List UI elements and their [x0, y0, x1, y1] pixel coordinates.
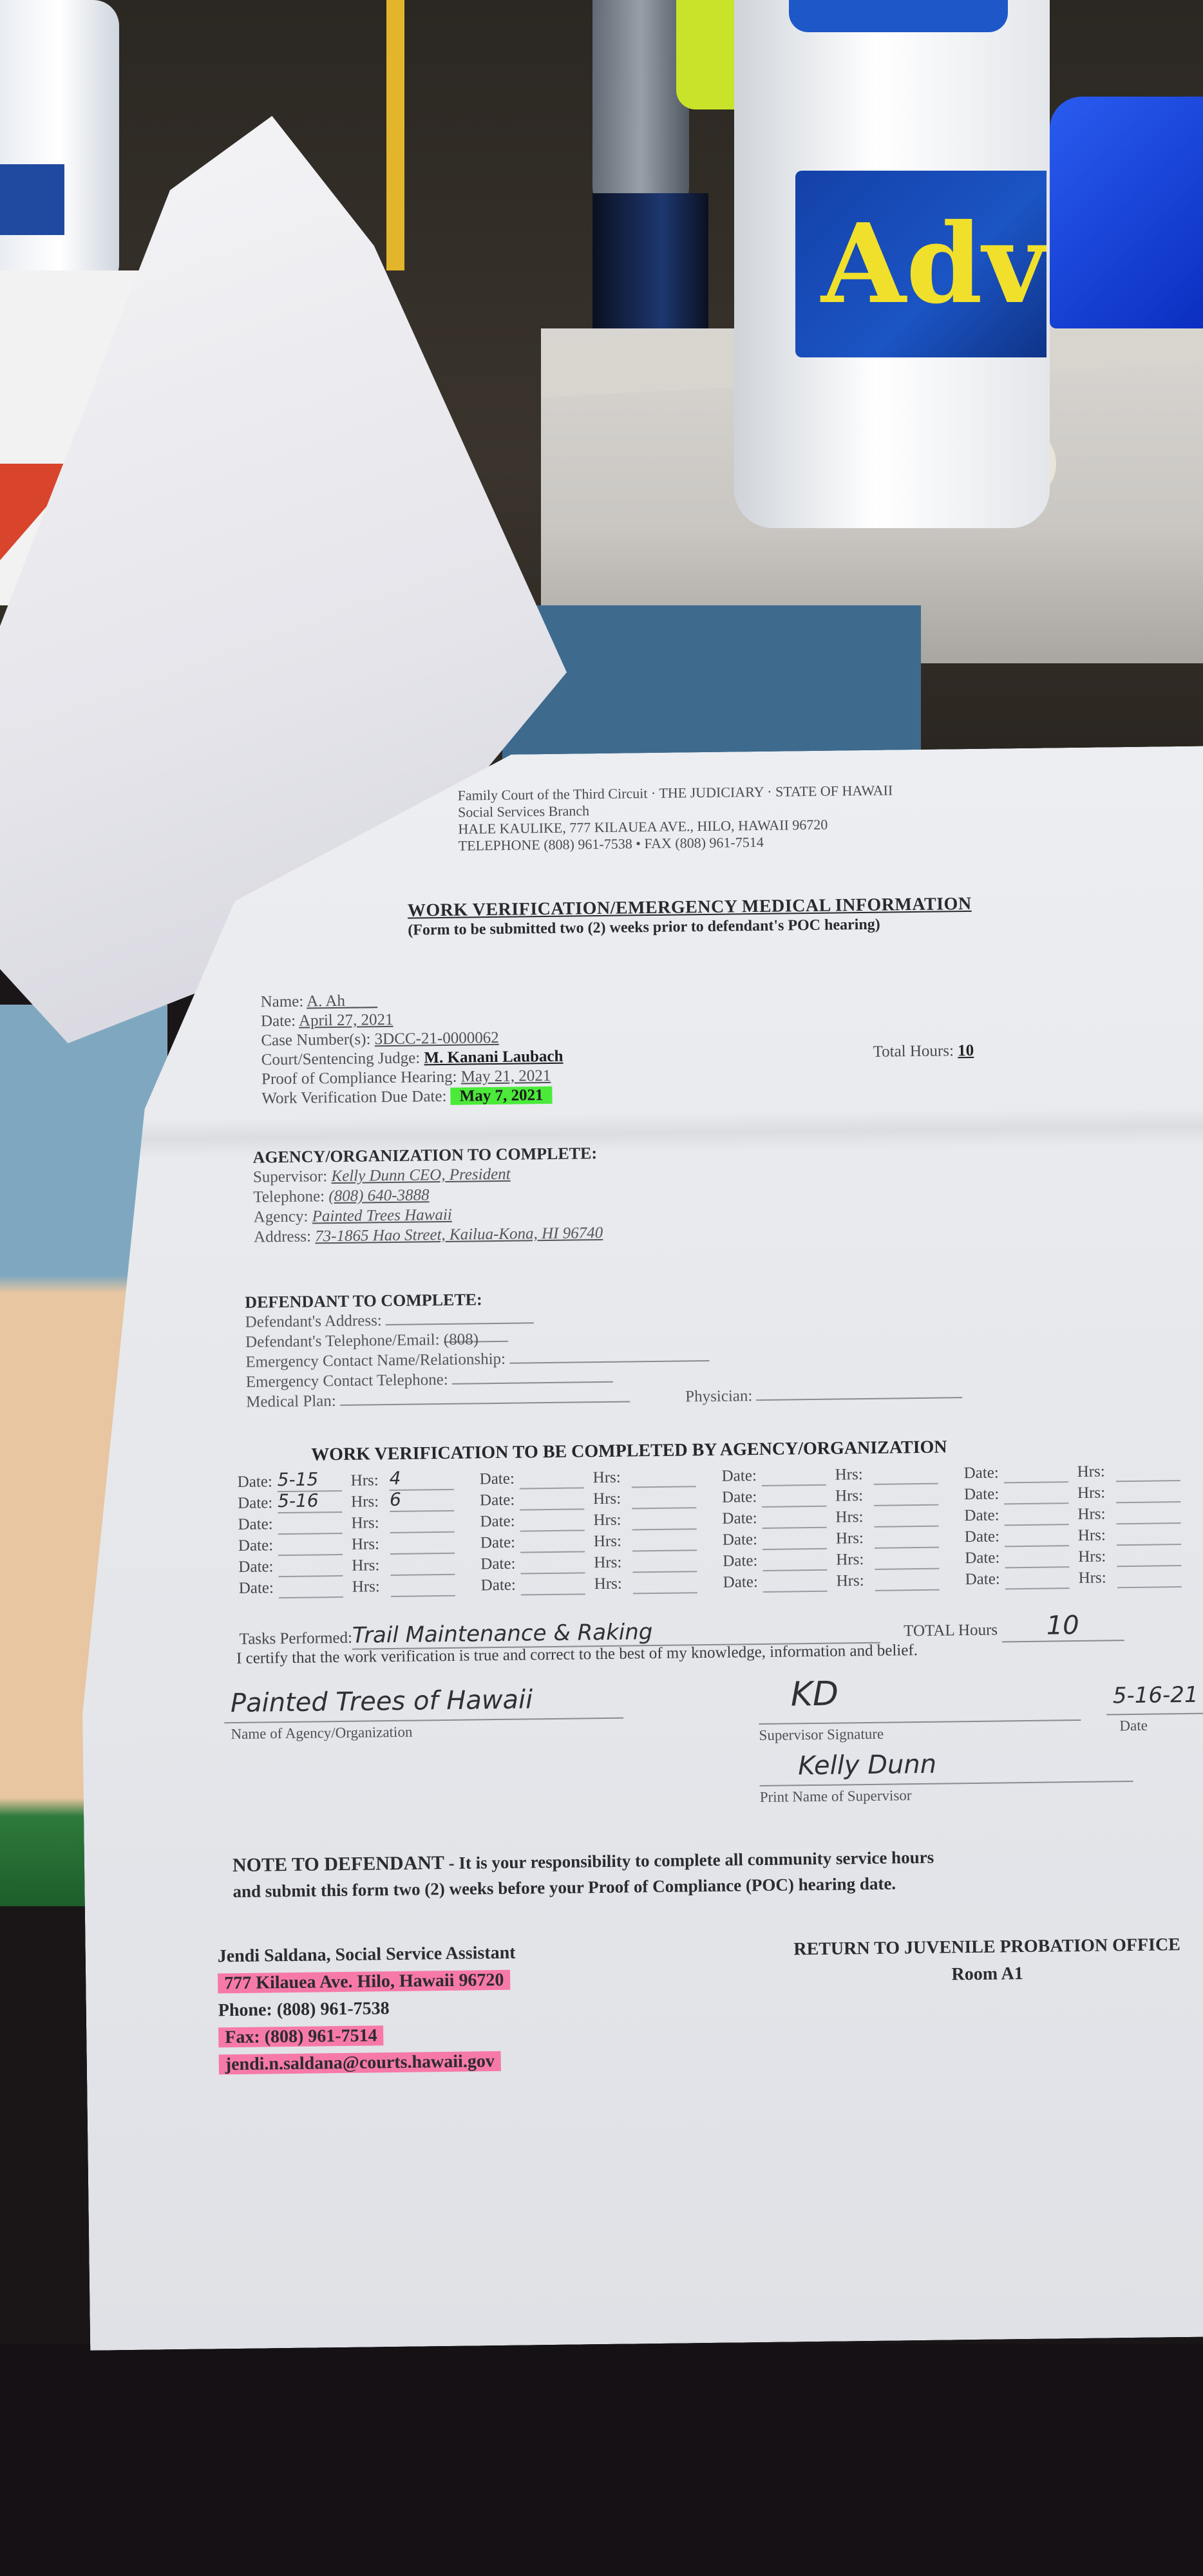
entry-date-field[interactable]: [520, 1552, 585, 1574]
agency-telephone-label: Telephone:: [253, 1188, 325, 1206]
entry-hrs-field[interactable]: [632, 1508, 696, 1530]
defendant-section: DEFENDANT TO COMPLETE: Defendant's Addre…: [245, 1283, 963, 1412]
entry-hrs-label: Hrs:: [352, 1533, 390, 1555]
name-value: A. Ah____: [307, 992, 377, 1010]
entry-date-field[interactable]: [279, 1577, 343, 1598]
entry-hrs-field[interactable]: [632, 1572, 697, 1594]
supervisor-value: Kelly Dunn CEO, President: [331, 1166, 511, 1185]
entry-hrs-field[interactable]: [873, 1463, 938, 1485]
date-label: Date:: [261, 1012, 296, 1030]
entry-hrs-label: Hrs:: [835, 1485, 874, 1507]
agency-value: Painted Trees Hawaii: [312, 1206, 451, 1226]
blue-container: [1050, 97, 1203, 328]
entry-hrs-label: Hrs:: [593, 1509, 632, 1531]
entry-date-field[interactable]: [763, 1571, 827, 1593]
agency-section: AGENCY/ORGANIZATION TO COMPLETE: Supervi…: [252, 1143, 603, 1247]
supervisor-label: Supervisor:: [253, 1168, 328, 1186]
entry-hrs-field[interactable]: [391, 1575, 455, 1597]
entry-hrs-label: Hrs:: [835, 1464, 873, 1486]
note-lead: NOTE TO DEFENDANT: [232, 1852, 444, 1876]
work-verification-entry: Date:Hrs:: [963, 1460, 1203, 1484]
entry-hrs-label: Hrs:: [1078, 1567, 1117, 1589]
work-verification-entry: Date:Hrs:: [480, 1551, 723, 1575]
entry-date-label: Date:: [238, 1556, 278, 1578]
entry-date-field[interactable]: [1005, 1546, 1069, 1568]
entry-hrs-label: Hrs:: [593, 1488, 632, 1510]
tasks-label: Tasks Performed:: [240, 1629, 353, 1648]
name-label: Name:: [260, 993, 303, 1011]
agency-telephone-value: (808) 640-3888: [328, 1186, 430, 1205]
entry-date-label: Date:: [721, 1465, 761, 1487]
entry-hrs-label: Hrs:: [352, 1576, 391, 1598]
entry-hrs-label: Hrs:: [836, 1570, 875, 1592]
entry-date-field[interactable]: [1003, 1461, 1068, 1483]
work-verification-entry: Date:5-16Hrs:6: [238, 1490, 480, 1514]
contact-block: Jendi Saldana, Social Service Assistant …: [217, 1940, 516, 2079]
entry-hrs-label: Hrs:: [592, 1466, 631, 1488]
note-line1: - It is your responsibility to complete …: [444, 1848, 934, 1873]
advil-cap: [789, 0, 1008, 32]
return-line1: RETURN TO JUVENILE PROBATION OFFICE: [742, 1931, 1203, 1964]
medical-plan-label: Medical Plan:: [246, 1392, 336, 1411]
entry-date-label: Date:: [723, 1571, 763, 1593]
agency-label: Agency:: [254, 1208, 308, 1226]
note-to-defendant: NOTE TO DEFENDANT - It is your responsib…: [232, 1844, 934, 1904]
advil-label: Adv: [795, 171, 1047, 357]
emergency-phone-field[interactable]: [452, 1370, 613, 1385]
contact-address-highlighted: 777 Kilauea Ave. Hilo, Hawaii 96720: [218, 1970, 511, 1994]
total-hours-value: 10: [958, 1042, 974, 1059]
entry-date-label: Date:: [723, 1529, 763, 1551]
due-date-value-highlighted: May 7, 2021: [451, 1086, 553, 1105]
paper-fold: [75, 1106, 1203, 1159]
case-number-label: Case Number(s):: [261, 1030, 370, 1049]
entry-hrs-label: Hrs:: [594, 1573, 632, 1595]
entry-hrs-label: Hrs:: [352, 1555, 390, 1577]
work-verification-entry: Date:Hrs:: [481, 1572, 723, 1596]
entry-date-label: Date:: [480, 1553, 520, 1575]
defendant-phone-field[interactable]: (808): [444, 1329, 508, 1343]
entry-date-field[interactable]: [762, 1507, 826, 1529]
entry-hrs-field[interactable]: [1117, 1566, 1181, 1588]
entry-date-field[interactable]: [1005, 1567, 1069, 1589]
entry-date-label: Date:: [238, 1535, 278, 1557]
entry-date-label: Date:: [480, 1532, 520, 1554]
entry-hrs-label: Hrs:: [594, 1551, 632, 1573]
small-pill-bottle: [0, 0, 119, 290]
entry-hrs-label: Hrs:: [1078, 1546, 1117, 1567]
poc-hearing-value: May 21, 2021: [461, 1067, 551, 1086]
org-name-handwritten[interactable]: Painted Trees of Hawaii: [231, 1685, 533, 1718]
dark-floor: [0, 2344, 1203, 2576]
entry-date-label: Date:: [480, 1490, 520, 1511]
entry-date-field[interactable]: [1005, 1525, 1069, 1547]
entry-date-label: Date:: [964, 1483, 1004, 1505]
entry-date-label: Date:: [722, 1486, 762, 1508]
work-verification-entry: Date:Hrs:: [964, 1481, 1203, 1506]
clear-bottle: [592, 0, 689, 219]
emergency-name-field[interactable]: [509, 1349, 709, 1364]
entry-hrs-field[interactable]: [632, 1551, 697, 1573]
work-verification-entry: Date:Hrs:: [238, 1511, 480, 1535]
agency-heading: AGENCY/ORGANIZATION TO COMPLETE:: [252, 1143, 601, 1168]
total-hours-summary: Total Hours: 10: [873, 1042, 974, 1061]
entry-hrs-label: Hrs:: [1077, 1482, 1116, 1504]
judge-label: Court/Sentencing Judge:: [261, 1049, 421, 1068]
defendant-phone-label: Defendant's Telephone/Email:: [245, 1331, 440, 1351]
entry-hrs-field[interactable]: [1116, 1481, 1180, 1503]
entry-date-label: Date:: [480, 1511, 520, 1533]
entry-hrs-label: Hrs:: [835, 1506, 874, 1528]
entry-hrs-label: Hrs:: [1077, 1461, 1115, 1482]
medical-plan-field[interactable]: [340, 1389, 630, 1405]
entry-hrs-label: Hrs:: [351, 1470, 390, 1492]
work-verification-grid: Date:5-15Hrs:4Date:Hrs:Date:Hrs:Date:Hrs…: [238, 1460, 1203, 1599]
work-verification-entry: Date:Hrs:: [723, 1569, 965, 1593]
entry-date-label: Date:: [238, 1471, 278, 1493]
emergency-name-label: Emergency Contact Name/Relationship:: [245, 1350, 506, 1371]
entry-hrs-field[interactable]: [632, 1487, 696, 1509]
yellow-pencil: [386, 0, 404, 270]
print-name-caption: Print Name of Supervisor: [760, 1787, 912, 1806]
judge-value: M. Kanani Laubach: [424, 1048, 563, 1067]
entry-hrs-field[interactable]: [390, 1533, 455, 1555]
signature-date-line: [1106, 1713, 1203, 1716]
entry-date-field[interactable]: [278, 1555, 343, 1577]
entry-date-label: Date:: [239, 1577, 279, 1599]
supervisor-signature[interactable]: KD: [790, 1675, 838, 1714]
entry-hrs-label: Hrs:: [836, 1528, 875, 1549]
entry-hrs-label: Hrs:: [594, 1530, 632, 1552]
supervisor-signature-line: [759, 1719, 1081, 1725]
entry-date-field[interactable]: [762, 1486, 826, 1508]
signature-date-handwritten[interactable]: 5-16-21: [1113, 1682, 1198, 1709]
entry-hrs-field[interactable]: [1115, 1460, 1180, 1482]
entry-date-field[interactable]: [520, 1510, 584, 1531]
total-hours-label: Total Hours:: [873, 1042, 954, 1061]
entry-date-field[interactable]: [520, 1488, 584, 1510]
entry-hrs-label: Hrs:: [351, 1512, 390, 1534]
total-hours-footer-value[interactable]: 10: [1001, 1610, 1124, 1642]
due-date-label: Work Verification Due Date:: [261, 1088, 446, 1108]
entry-date-field[interactable]: 5-16: [278, 1492, 342, 1513]
physician-label: Physician:: [685, 1387, 752, 1405]
work-verification-entry: Date:Hrs:: [965, 1566, 1203, 1591]
work-verification-entry: Date:Hrs:: [480, 1487, 722, 1511]
total-hours-footer-label: TOTAL Hours: [904, 1622, 998, 1640]
contact-name: Jendi Saldana, Social Service Assistant: [217, 1940, 515, 1971]
entry-date-label: Date:: [479, 1468, 519, 1490]
case-info: Name: A. Ah____ Date: April 27, 2021 Cas…: [260, 989, 564, 1109]
entry-date-label: Date:: [238, 1492, 278, 1514]
form-letterhead: Family Court of the Third Circuit · THE …: [458, 782, 894, 854]
case-number-value: 3DCC-21-0000062: [375, 1029, 499, 1048]
date-value: April 27, 2021: [299, 1011, 393, 1030]
entry-date-label: Date:: [965, 1568, 1005, 1590]
work-verification-entry: Date:Hrs:: [964, 1502, 1203, 1527]
signature-date-caption: Date: [1119, 1718, 1148, 1735]
contact-phone: Phone: (808) 961-7538: [218, 1994, 516, 2025]
entry-date-field[interactable]: [761, 1464, 826, 1486]
agency-address-value: 73-1865 Hao Street, Kailua-Kona, HI 9674…: [315, 1224, 603, 1245]
defendant-address-label: Defendant's Address:: [245, 1312, 382, 1331]
return-instructions: RETURN TO JUVENILE PROBATION OFFICE Room…: [742, 1931, 1203, 1991]
work-verification-entry: Date:Hrs:: [238, 1532, 480, 1557]
entry-date-label: Date:: [963, 1462, 1003, 1484]
entry-hrs-field[interactable]: [631, 1466, 696, 1488]
signature-block: Painted Trees of Hawaii Name of Agency/O…: [224, 1670, 1203, 1824]
work-verification-form: Family Court of the Third Circuit · THE …: [71, 746, 1203, 2351]
work-verification-entry: Date:Hrs:: [722, 1505, 964, 1529]
entry-date-field[interactable]: [763, 1549, 827, 1571]
print-name-line: [760, 1781, 1133, 1786]
org-name-line: [224, 1718, 623, 1724]
entry-hrs-field[interactable]: [390, 1554, 455, 1576]
entry-hrs-field[interactable]: 4: [390, 1469, 454, 1491]
entry-hrs-label: Hrs:: [1077, 1503, 1116, 1525]
agency-address-label: Address:: [254, 1227, 311, 1245]
entry-hrs-field[interactable]: [1116, 1502, 1180, 1524]
entry-date-field[interactable]: 5-15: [278, 1470, 342, 1492]
entry-date-field[interactable]: [521, 1573, 585, 1595]
contact-fax-highlighted: Fax: (808) 961-7514: [218, 2025, 384, 2047]
entry-hrs-label: Hrs:: [1078, 1524, 1117, 1546]
work-verification-entry: Date:Hrs:: [723, 1548, 965, 1572]
work-verification-heading: WORK VERIFICATION TO BE COMPLETED BY AGE…: [311, 1437, 947, 1465]
entry-date-label: Date:: [481, 1575, 521, 1596]
work-verification-entry: Date:Hrs:: [965, 1524, 1203, 1548]
entry-hrs-field[interactable]: [875, 1527, 939, 1549]
entry-date-field[interactable]: [763, 1528, 827, 1550]
entry-date-label: Date:: [965, 1547, 1005, 1569]
work-verification-entry: Date:Hrs:: [721, 1463, 963, 1487]
bottle-label: [0, 164, 64, 235]
entry-hrs-field[interactable]: [874, 1484, 938, 1506]
work-verification-entry: Date:Hrs:: [239, 1575, 481, 1599]
entry-hrs-label: Hrs:: [351, 1491, 390, 1513]
entry-date-field[interactable]: [520, 1531, 585, 1553]
org-name-caption: Name of Agency/Organization: [231, 1724, 412, 1743]
entry-hrs-field[interactable]: [875, 1548, 939, 1570]
entry-date-field[interactable]: [519, 1467, 583, 1489]
work-verification-entry: Date:Hrs:: [479, 1466, 721, 1490]
entry-hrs-field[interactable]: [1117, 1545, 1181, 1567]
work-verification-entry: Date:5-15Hrs:4: [238, 1468, 480, 1493]
entry-date-label: Date:: [238, 1513, 278, 1535]
contact-email-highlighted[interactable]: jendi.n.saldana@courts.hawaii.gov: [219, 2051, 501, 2074]
entry-hrs-field[interactable]: 6: [390, 1490, 454, 1512]
entry-hrs-field[interactable]: [632, 1529, 697, 1551]
work-verification-entry: Date:Hrs:: [722, 1484, 964, 1508]
defendant-address-field[interactable]: [386, 1311, 534, 1325]
entry-date-label: Date:: [723, 1550, 763, 1572]
entry-date-field[interactable]: [278, 1513, 342, 1535]
poc-hearing-label: Proof of Compliance Hearing:: [261, 1068, 457, 1088]
entry-date-field[interactable]: [278, 1534, 343, 1556]
entry-hrs-field[interactable]: [874, 1506, 938, 1528]
entry-hrs-field[interactable]: [390, 1511, 454, 1533]
work-verification-entry: Date:Hrs:: [723, 1526, 965, 1551]
work-verification-entry: Date:Hrs:: [238, 1553, 480, 1578]
entry-hrs-field[interactable]: [1117, 1524, 1181, 1546]
print-name-handwritten[interactable]: Kelly Dunn: [798, 1750, 936, 1781]
emergency-phone-label: Emergency Contact Telephone:: [246, 1371, 448, 1391]
entry-hrs-label: Hrs:: [836, 1549, 875, 1571]
supervisor-signature-caption: Supervisor Signature: [759, 1726, 884, 1744]
entry-date-label: Date:: [722, 1508, 762, 1529]
entry-hrs-field[interactable]: [875, 1569, 939, 1591]
entry-date-field[interactable]: [1004, 1482, 1068, 1504]
work-verification-entry: Date:Hrs:: [480, 1529, 723, 1554]
entry-date-label: Date:: [964, 1504, 1004, 1526]
entry-date-field[interactable]: [1004, 1504, 1068, 1526]
work-verification-entry: Date:Hrs:: [965, 1545, 1203, 1569]
entry-date-label: Date:: [965, 1526, 1005, 1548]
work-verification-entry: Date:Hrs:: [480, 1508, 722, 1533]
form-title: WORK VERIFICATION/EMERGENCY MEDICAL INFO…: [408, 894, 972, 922]
physician-field[interactable]: [756, 1385, 962, 1401]
